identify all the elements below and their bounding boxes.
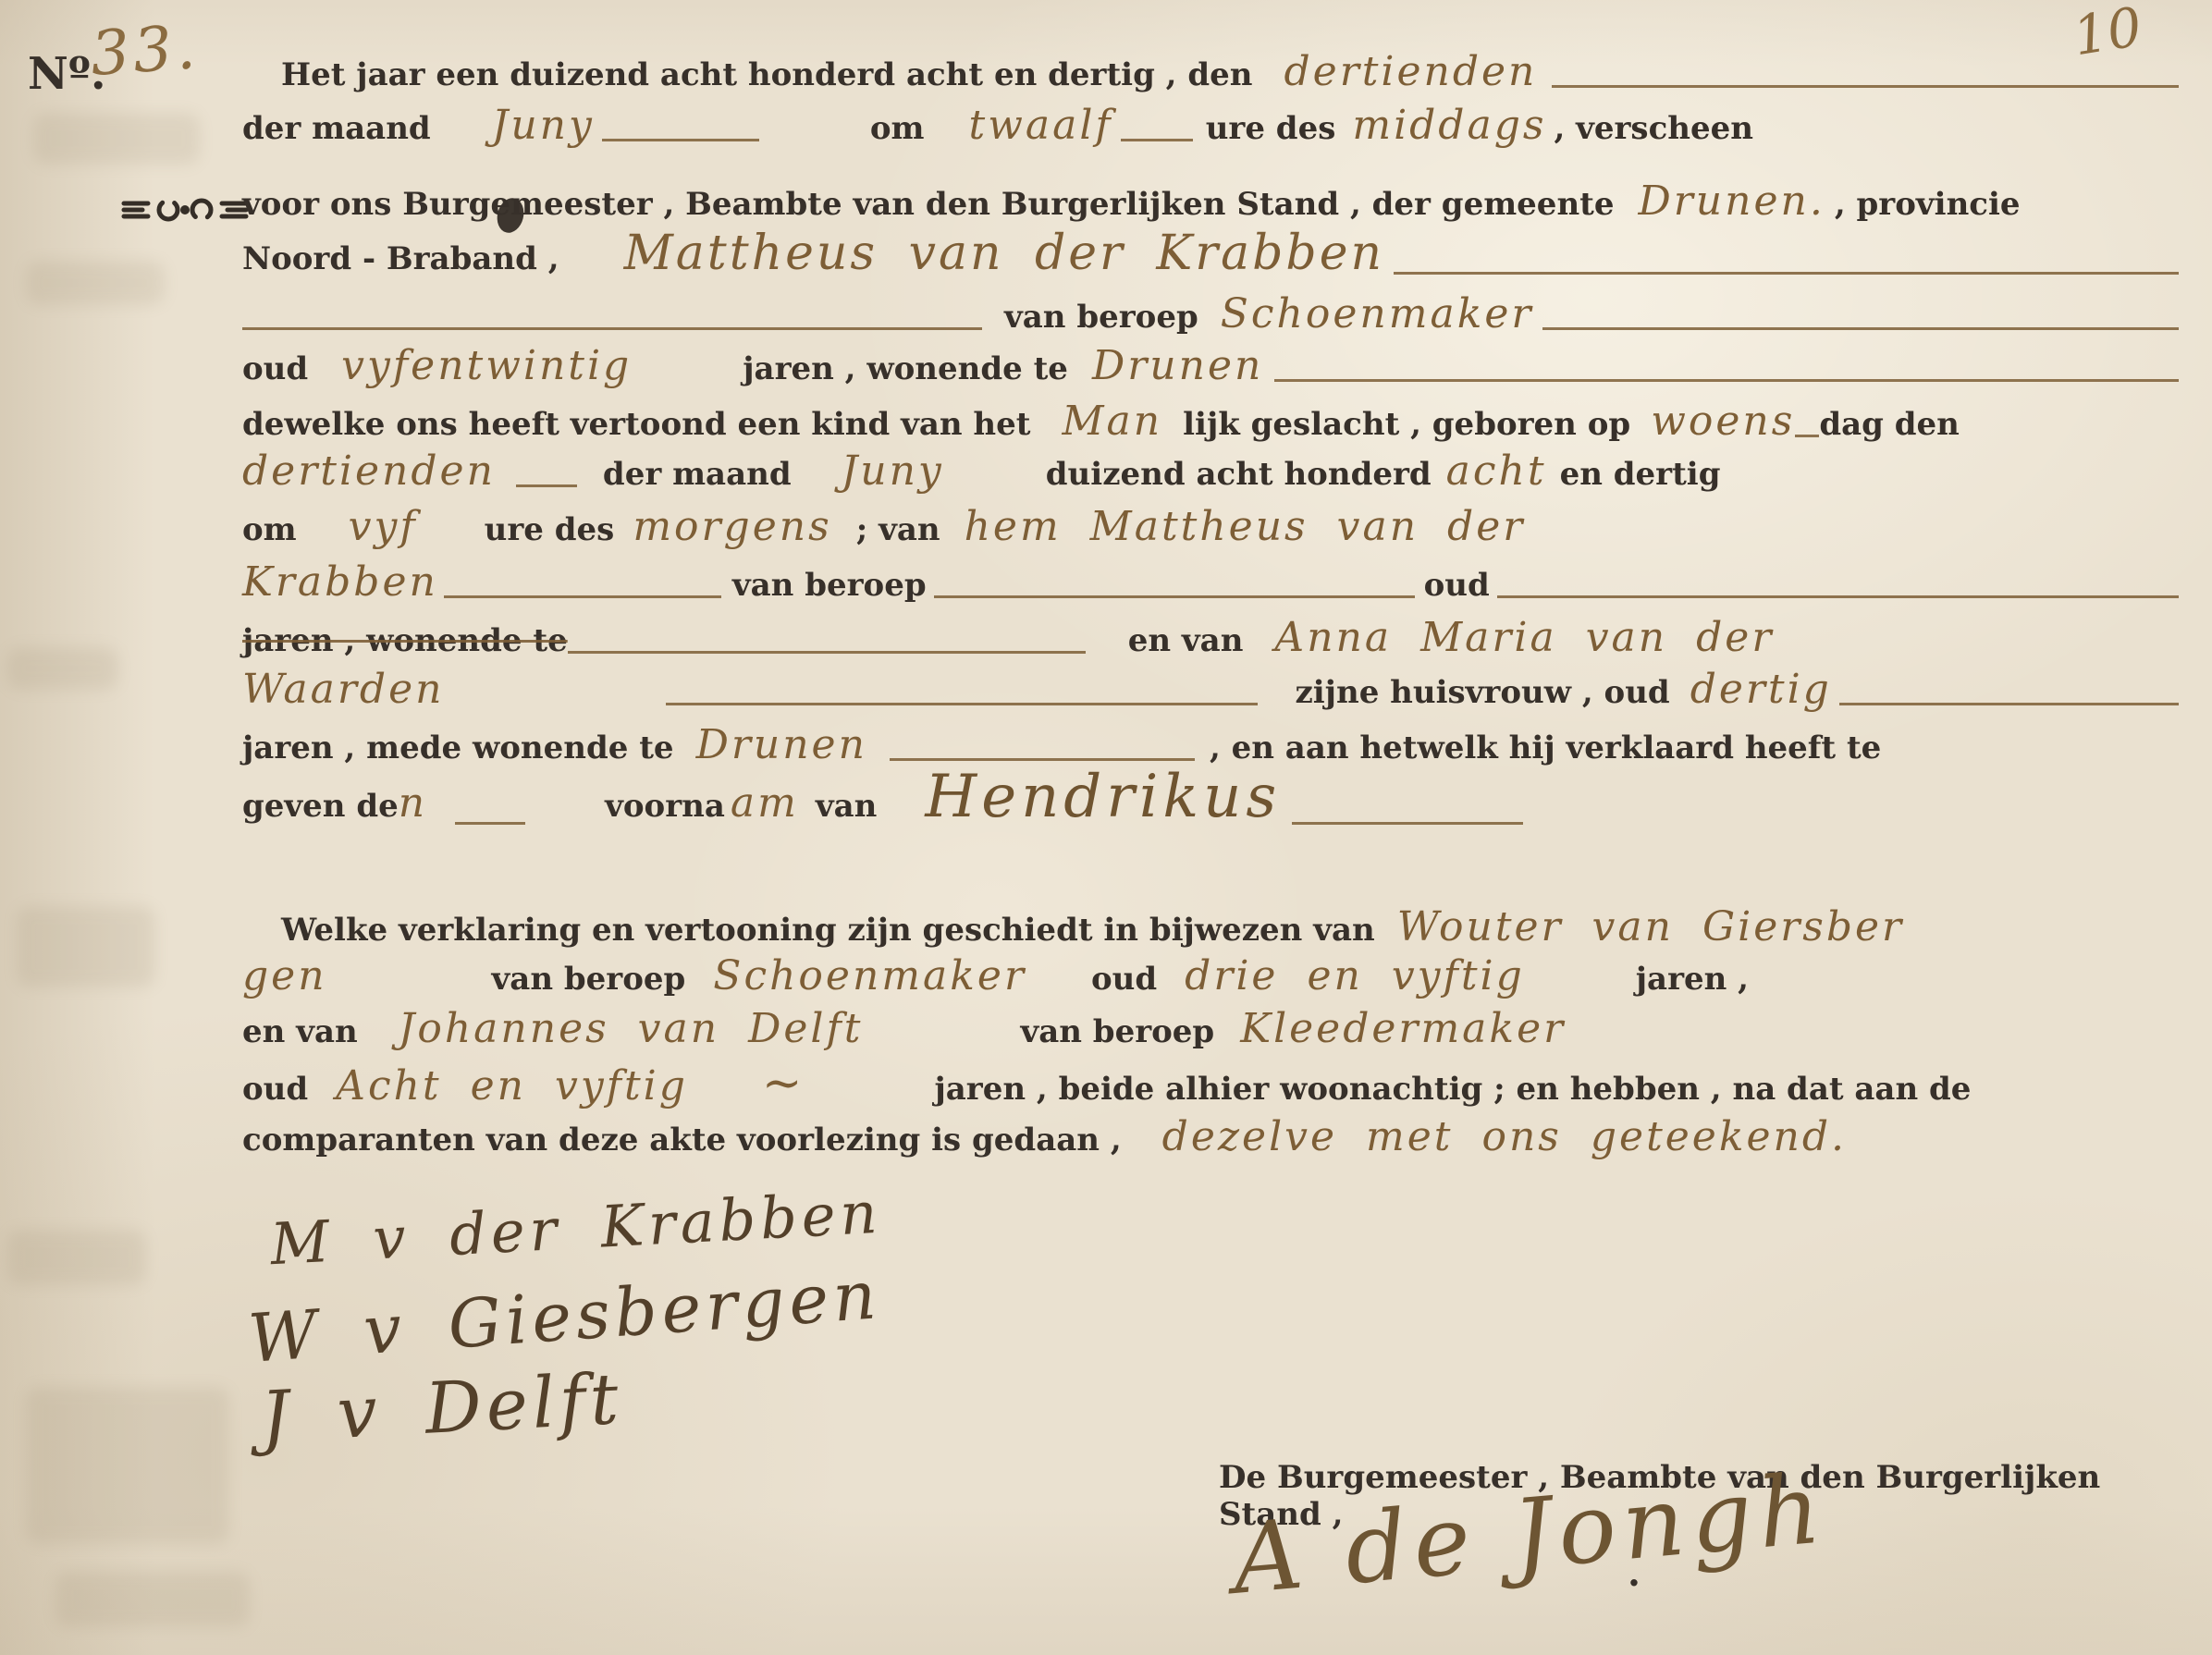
gap	[358, 1041, 399, 1042]
handwritten-text: dezelve met ons geteekend.	[1162, 1111, 1847, 1162]
text-line: Waardenzijne huisvrouw , ouddertig	[242, 664, 2179, 715]
gap	[327, 988, 492, 989]
handwritten-text: dertig	[1690, 664, 1832, 715]
gap	[688, 1098, 762, 1099]
gap	[863, 1041, 1020, 1042]
handwritten-text: Juny	[492, 100, 595, 151]
gap	[940, 539, 965, 540]
text-line: der maandJunyomtwaalfure desmiddags, ver…	[242, 100, 2179, 151]
printed-text: jaren , wonende te	[743, 349, 1068, 389]
printed-text: van beroep	[492, 960, 686, 999]
handwritten-text: Juny	[842, 446, 944, 496]
printed-text: jaren , wonende te	[242, 621, 568, 661]
handwritten-text: gen	[242, 950, 327, 1001]
handwritten-text: Acht en vyftig	[336, 1060, 688, 1111]
printed-text: jaren ,	[1636, 960, 1749, 999]
gap	[674, 757, 696, 758]
fill-rule	[1795, 435, 1819, 437]
printed-text: dag den	[1819, 405, 1960, 445]
fill-rule	[1542, 327, 2179, 330]
bleed-smudge	[17, 906, 155, 987]
signature-period: .	[1628, 1551, 1641, 1595]
fill-rule	[1274, 379, 2179, 382]
gap	[1086, 650, 1128, 651]
fill-rule	[1497, 595, 2179, 598]
gap	[595, 138, 602, 139]
printed-text: om	[870, 109, 925, 149]
text-line: oudvyfentwintigjaren , wonende teDrunen	[242, 340, 2179, 391]
gap	[759, 138, 870, 139]
gap	[559, 268, 624, 269]
handwritten-text: vyfentwintig	[341, 340, 632, 391]
gap	[1547, 484, 1560, 484]
gap	[614, 539, 633, 540]
gap	[1335, 138, 1352, 139]
handwritten-text: Schoenmaker	[1221, 288, 1534, 339]
handwritten-text: Johannes van Delft	[399, 1003, 864, 1054]
printed-text: en van	[1128, 621, 1244, 661]
gap	[1490, 595, 1497, 595]
gap	[1258, 702, 1295, 703]
printed-text: der maand	[242, 109, 431, 149]
printed-text: van	[816, 787, 878, 827]
gap	[525, 815, 605, 816]
printed-text: oud	[242, 1070, 308, 1109]
handwritten-text: middags	[1352, 100, 1546, 151]
handwritten-text: Hendrikus	[925, 760, 1281, 834]
gap	[944, 484, 1046, 484]
gap	[242, 84, 281, 85]
handwritten-text: Anna Maria van der	[1274, 612, 1774, 663]
handwritten-text: Kleedermaker	[1240, 1003, 1566, 1054]
printed-text: oud	[1424, 566, 1490, 606]
printed-text: ; van	[856, 510, 940, 550]
handwritten-text: hem Mattheus van der	[965, 501, 1526, 552]
printed-text: van beroep	[1020, 1012, 1214, 1052]
bleed-smudge	[7, 647, 118, 690]
handwritten-text: dertienden	[1284, 46, 1537, 97]
gap	[1832, 702, 1839, 703]
printed-text: Welke verklaring en vertooning zijn gesc…	[281, 911, 1375, 950]
text-line: dertiendender maandJunyduizend acht hond…	[242, 446, 2179, 496]
handwritten-text: drie en vyftig	[1185, 950, 1525, 1001]
handwritten-text: am	[731, 778, 799, 828]
gap	[805, 1098, 934, 1099]
gap	[1630, 434, 1651, 435]
text-line: Welke verklaring en vertooning zijn gesc…	[242, 901, 2179, 952]
witness-signature: J v Delft	[259, 1357, 625, 1458]
gap	[1026, 988, 1091, 989]
gap	[1415, 595, 1424, 595]
text-line: voor ons Burgemeester , Beambte van den …	[242, 176, 2179, 227]
gap	[1243, 650, 1274, 651]
handwritten-text: Drunen	[1092, 340, 1263, 391]
fill-rule	[934, 595, 1415, 598]
bleed-smudge	[7, 1230, 146, 1285]
printed-text: van beroep	[1004, 298, 1198, 337]
gap	[1537, 84, 1552, 85]
gap	[1068, 378, 1092, 379]
printers-ornament-icon	[120, 190, 250, 233]
fill-rule	[1121, 139, 1193, 141]
fill-rule	[1552, 85, 2179, 88]
gap	[308, 378, 341, 379]
gap	[1263, 378, 1274, 379]
gap	[721, 595, 732, 595]
fill-rule	[602, 139, 759, 141]
printed-text: ure des	[485, 510, 615, 550]
text-line: geven denvoornaamvanHendrikus	[242, 760, 2179, 834]
text-line: Noord - Braband ,Mattheus van der Krabbe…	[242, 224, 2179, 284]
printed-text: der maand	[603, 455, 792, 495]
printed-text: , verscheen	[1554, 109, 1753, 149]
handwritten-text: ~	[762, 1054, 805, 1114]
gap	[496, 484, 516, 484]
printed-text: Noord - Braband ,	[242, 239, 559, 279]
gap	[444, 702, 666, 703]
record-number-value: 33.	[88, 11, 201, 90]
gap	[1214, 1041, 1240, 1042]
gap	[792, 484, 842, 484]
bleed-smudge	[33, 113, 200, 165]
gap	[427, 815, 455, 816]
printed-text: voor ons Burgemeester , Beambte van den …	[242, 185, 1615, 225]
gap	[685, 988, 713, 989]
gap	[927, 595, 934, 595]
fill-rule	[242, 327, 982, 330]
gap	[1252, 84, 1284, 85]
handwritten-text: Drunen.	[1639, 176, 1825, 227]
handwritten-text: acht	[1446, 446, 1547, 496]
gap	[242, 939, 281, 940]
gap	[1281, 815, 1292, 816]
gap	[1615, 214, 1639, 215]
text-line: en vanJohannes van Delftvan beroepKleede…	[242, 1003, 2179, 1054]
gap	[982, 326, 1004, 327]
text-line: Het jaar een duizend acht honderd acht e…	[242, 46, 2179, 97]
printed-text: oud	[1091, 960, 1157, 999]
fill-rule	[1292, 822, 1523, 825]
gap	[1533, 326, 1542, 327]
printed-text: dewelke ons heeft vertoond een kind van …	[242, 405, 1031, 445]
handwritten-text: dertienden	[242, 446, 496, 496]
handwritten-text: Schoenmaker	[713, 950, 1026, 1001]
handwritten-text: vyf	[349, 501, 418, 552]
bleed-smudge	[26, 261, 165, 305]
text-line: comparanten van deze akte voorlezing is …	[242, 1111, 2179, 1162]
text-line: dewelke ons heeft vertoond een kind van …	[242, 396, 2179, 447]
gap	[1031, 434, 1063, 435]
printed-text: om	[242, 510, 297, 550]
handwritten-text: woens	[1651, 396, 1795, 447]
handwritten-text: Waarden	[242, 664, 444, 715]
gap	[925, 138, 969, 139]
gap	[632, 378, 743, 379]
gap	[297, 539, 349, 540]
handwritten-text: Mattheus van der Krabben	[624, 224, 1384, 284]
bleed-smudge	[55, 1572, 250, 1627]
gap	[832, 539, 856, 540]
gap	[1384, 268, 1394, 269]
fill-rule	[666, 703, 1258, 705]
gap	[431, 138, 492, 139]
handwritten-text: Wouter van Giersber	[1397, 901, 1904, 952]
gap	[1193, 138, 1206, 139]
printed-text: duizend acht honderd	[1046, 455, 1432, 495]
gap	[1546, 138, 1554, 139]
printed-text: en dertig	[1560, 455, 1721, 495]
handwritten-text: n	[399, 778, 427, 828]
text-line: oudAcht en vyftig~jaren , beide alhier w…	[242, 1054, 2179, 1114]
printed-text: jaren , beide alhier woonachtig ; en heb…	[934, 1070, 1971, 1109]
handwritten-text: morgens	[633, 501, 831, 552]
gap	[1525, 988, 1636, 989]
text-line: omvyfure desmorgens; vanhem Mattheus van…	[242, 501, 2179, 552]
printed-text: voorna	[605, 787, 725, 827]
printed-text: oud	[242, 349, 308, 389]
printed-text: Het jaar een duizend acht honderd acht e…	[281, 55, 1252, 95]
fill-rule	[516, 484, 577, 487]
printed-text: geven de	[242, 787, 399, 827]
gap	[1375, 939, 1397, 940]
gap	[418, 539, 485, 540]
fill-rule	[455, 822, 525, 825]
text-line: jaren , wonende teen vanAnna Maria van d…	[242, 612, 2179, 663]
gap	[1113, 138, 1121, 139]
handwritten-text: Krabben	[242, 557, 438, 607]
bleed-smudge	[26, 1387, 229, 1544]
handwritten-text: Man	[1063, 396, 1163, 447]
gap	[1432, 484, 1446, 484]
civil-registry-birth-act-page: Nº. 33. 10 Het jaar een duizend acht hon…	[0, 0, 2212, 1655]
printed-text: ure des	[1206, 109, 1336, 149]
handwritten-text: twaalf	[969, 100, 1113, 151]
gap	[308, 1098, 336, 1099]
gap	[577, 484, 603, 484]
printed-text: comparanten van deze akte voorlezing is …	[242, 1121, 1122, 1160]
text-line: genvan beroepSchoenmakerouddrie en vyfti…	[242, 950, 2179, 1001]
gap	[1670, 702, 1690, 703]
fill-rule	[1394, 272, 2179, 275]
printed-text: zijne huisvrouw , oud	[1295, 673, 1669, 713]
fill-rule	[1839, 703, 2179, 705]
gap	[1162, 434, 1183, 435]
gap	[1195, 757, 1210, 758]
gap	[799, 815, 816, 816]
gap	[1157, 988, 1185, 989]
text-line: Krabbenvan beroepoud	[242, 557, 2179, 607]
gap	[1198, 326, 1221, 327]
gap	[867, 757, 890, 758]
printed-text: , provincie	[1835, 185, 2021, 225]
fill-rule	[444, 595, 721, 598]
text-line: van beroepSchoenmaker	[242, 288, 2179, 339]
gap	[1122, 1149, 1162, 1150]
printed-text: en van	[242, 1012, 358, 1052]
printed-text: lijk geslacht , geboren op	[1183, 405, 1630, 445]
fill-rule	[568, 651, 1086, 654]
gap	[877, 815, 925, 816]
printed-text: van beroep	[732, 566, 927, 606]
gap	[1825, 214, 1835, 215]
